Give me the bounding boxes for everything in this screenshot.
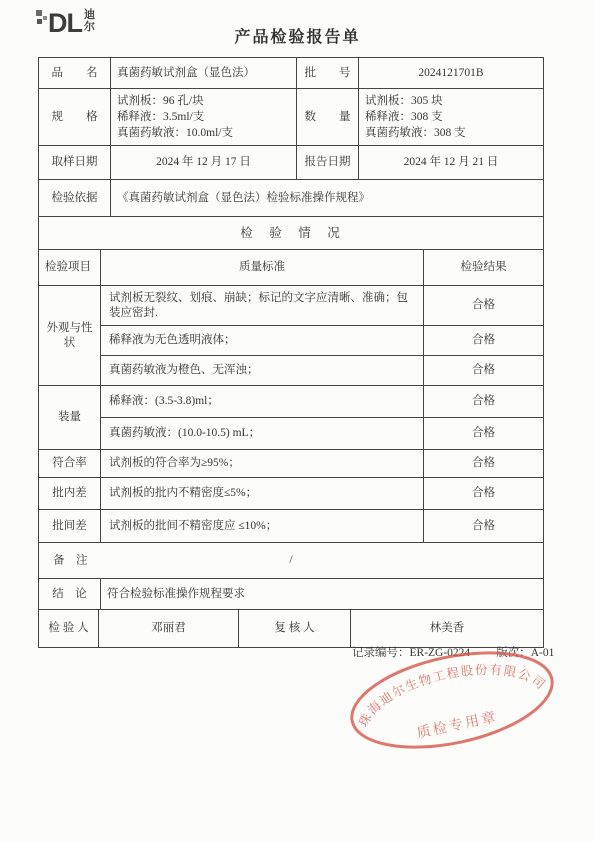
item-fill-volume: 装量 bbox=[39, 386, 101, 450]
signatures-table: 检 验 人 邓丽君 复 核 人 林美香 bbox=[38, 609, 544, 648]
qty-line-2: 稀释液：308 支 bbox=[365, 109, 537, 125]
item-appearance: 外观与性状 bbox=[39, 286, 101, 386]
table-row: 规 格 试剂板：96 孔/块 稀释液：3.5ml/支 真菌药敏液：10.0ml/… bbox=[39, 89, 544, 146]
qty-line-1: 试剂板：305 块 bbox=[365, 93, 537, 109]
col-header-item: 检验项目 bbox=[39, 250, 101, 286]
stamp-center-text: 质检专用章 bbox=[415, 708, 499, 742]
result-inter-batch: 合格 bbox=[424, 510, 544, 543]
page-title: 产品检验报告单 bbox=[0, 24, 595, 47]
conclusion-label: 结 论 bbox=[39, 579, 101, 610]
qty-line-3: 真菌药敏液：308 支 bbox=[365, 125, 537, 141]
table-row: 外观与性状 试剂板无裂纹、划痕、崩缺；标记的文字应清晰、准确；包装应密封. 合格 bbox=[39, 286, 544, 326]
result-appearance-2: 合格 bbox=[424, 326, 544, 356]
standard-conformity: 试剂板的符合率为≥95%； bbox=[101, 450, 424, 478]
table-row: 品 名 真菌药敏试剂盒（显色法） 批 号 2024121701B bbox=[39, 58, 544, 89]
table-row: 批间差 试剂板的批间不精密度应 ≤10%； 合格 bbox=[39, 510, 544, 543]
table-row: 检 验 情 况 bbox=[39, 217, 544, 250]
batch-no-value: 2024121701B bbox=[359, 58, 544, 89]
item-inter-batch: 批间差 bbox=[39, 510, 101, 543]
report-sheet: DL 迪 尔 产品检验报告单 品 名 真菌药敏试剂盒（显色法） 批 号 2024… bbox=[0, 0, 595, 842]
spec-line-2: 稀释液：3.5ml/支 bbox=[117, 109, 290, 125]
spec-label: 规 格 bbox=[39, 89, 111, 146]
remarks-label: 备 注 bbox=[53, 553, 88, 568]
remarks-value: / bbox=[45, 553, 537, 568]
quantity-label: 数 量 bbox=[297, 89, 359, 146]
inspection-table: 检验项目 质量标准 检验结果 外观与性状 试剂板无裂纹、划痕、崩缺；标记的文字应… bbox=[38, 249, 544, 543]
spec-line-3: 真菌药敏液：10.0ml/支 bbox=[117, 125, 290, 141]
section-title: 检 验 情 况 bbox=[39, 217, 544, 250]
item-intra-batch: 批内差 bbox=[39, 478, 101, 510]
table-row: 检 验 人 邓丽君 复 核 人 林美香 bbox=[39, 610, 544, 648]
result-fill-2: 合格 bbox=[424, 418, 544, 450]
table-row: 结 论 符合检验标准操作规程要求 bbox=[39, 579, 544, 610]
standard-appearance-3: 真菌药敏液为橙色、无浑浊； bbox=[101, 356, 424, 386]
col-header-result: 检验结果 bbox=[424, 250, 544, 286]
table-row: 批内差 试剂板的批内不精密度≤5%； 合格 bbox=[39, 478, 544, 510]
info-table: 品 名 真菌药敏试剂盒（显色法） 批 号 2024121701B 规 格 试剂板… bbox=[38, 57, 544, 250]
inspector-name: 邓丽君 bbox=[99, 610, 239, 648]
basis-label: 检验依据 bbox=[39, 180, 111, 217]
table-row: 检验依据 《真菌药敏试剂盒（显色法）检验标准操作规程》 bbox=[39, 180, 544, 217]
table-row: 取样日期 2024 年 12 月 17 日 报告日期 2024 年 12 月 2… bbox=[39, 146, 544, 180]
spec-value: 试剂板：96 孔/块 稀释液：3.5ml/支 真菌药敏液：10.0ml/支 bbox=[111, 89, 297, 146]
item-conformity-rate: 符合率 bbox=[39, 450, 101, 478]
sample-date-label: 取样日期 bbox=[39, 146, 111, 180]
quantity-value: 试剂板：305 块 稀释液：308 支 真菌药敏液：308 支 bbox=[359, 89, 544, 146]
standard-intra-batch: 试剂板的批内不精密度≤5%； bbox=[101, 478, 424, 510]
basis-value: 《真菌药敏试剂盒（显色法）检验标准操作规程》 bbox=[111, 180, 544, 217]
reviewer-label: 复 核 人 bbox=[239, 610, 351, 648]
col-header-standard: 质量标准 bbox=[101, 250, 424, 286]
record-no-label: 记录编号： bbox=[352, 647, 410, 659]
standard-inter-batch: 试剂板的批间不精密度应 ≤10%； bbox=[101, 510, 424, 543]
table-row: 装量 稀释液：(3.5-3.8)ml； 合格 bbox=[39, 386, 544, 418]
result-appearance-1: 合格 bbox=[424, 286, 544, 326]
report-date-value: 2024 年 12 月 21 日 bbox=[359, 146, 544, 180]
report-date-label: 报告日期 bbox=[297, 146, 359, 180]
product-name-label: 品 名 bbox=[39, 58, 111, 89]
remarks-cell: 备 注 / bbox=[39, 543, 544, 579]
conclusion-value: 符合检验标准操作规程要求 bbox=[101, 579, 544, 610]
table-row: 真菌药敏液：(10.0-10.5) mL； 合格 bbox=[39, 418, 544, 450]
table-row: 真菌药敏液为橙色、无浑浊； 合格 bbox=[39, 356, 544, 386]
standard-fill-2: 真菌药敏液：(10.0-10.5) mL； bbox=[101, 418, 424, 450]
sample-date-value: 2024 年 12 月 17 日 bbox=[111, 146, 297, 180]
table-header-row: 检验项目 质量标准 检验结果 bbox=[39, 250, 544, 286]
report-table-area: 品 名 真菌药敏试剂盒（显色法） 批 号 2024121701B 规 格 试剂板… bbox=[38, 57, 543, 648]
logo-char-di: 迪 bbox=[84, 9, 95, 21]
standard-appearance-1: 试剂板无裂纹、划痕、崩缺；标记的文字应清晰、准确；包装应密封. bbox=[101, 286, 424, 326]
standard-appearance-2: 稀释液为无色透明液体； bbox=[101, 326, 424, 356]
table-row: 稀释液为无色透明液体； 合格 bbox=[39, 326, 544, 356]
result-conformity: 合格 bbox=[424, 450, 544, 478]
batch-no-label: 批 号 bbox=[297, 58, 359, 89]
spec-line-1: 试剂板：96 孔/块 bbox=[117, 93, 290, 109]
remarks-table: 备 注 / 结 论 符合检验标准操作规程要求 bbox=[38, 542, 544, 610]
result-fill-1: 合格 bbox=[424, 386, 544, 418]
standard-fill-1: 稀释液：(3.5-3.8)ml； bbox=[101, 386, 424, 418]
product-name-value: 真菌药敏试剂盒（显色法） bbox=[111, 58, 297, 89]
result-intra-batch: 合格 bbox=[424, 478, 544, 510]
result-appearance-3: 合格 bbox=[424, 356, 544, 386]
inspector-label: 检 验 人 bbox=[39, 610, 99, 648]
table-row: 符合率 试剂板的符合率为≥95%； 合格 bbox=[39, 450, 544, 478]
table-row: 备 注 / bbox=[39, 543, 544, 579]
